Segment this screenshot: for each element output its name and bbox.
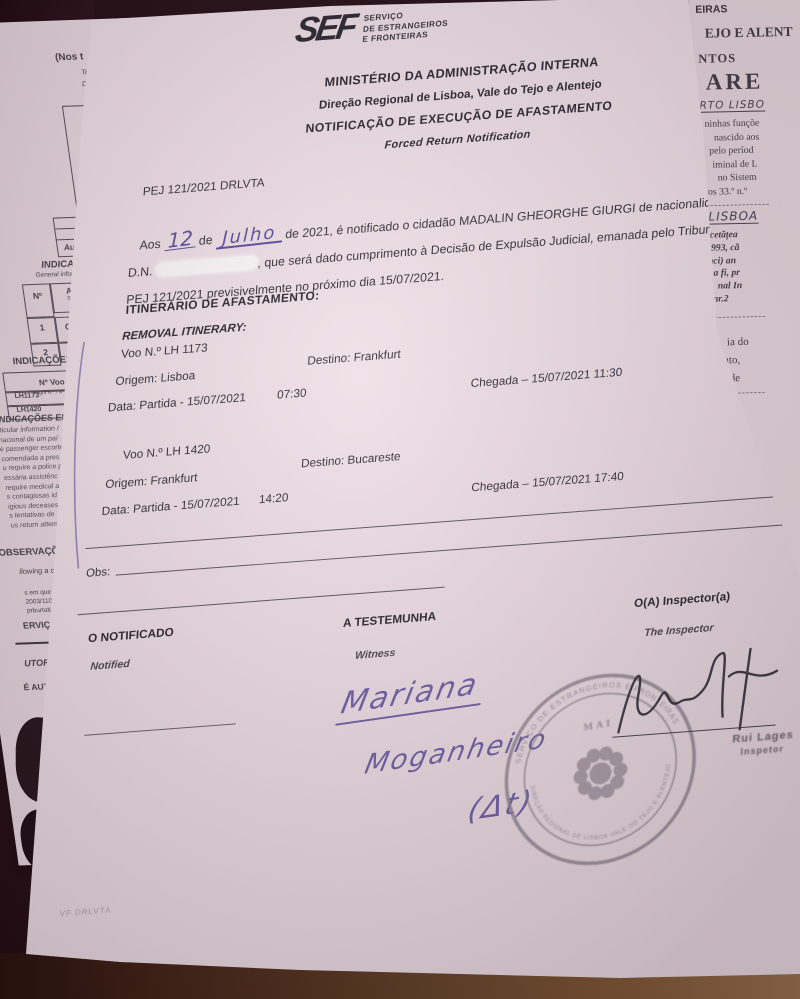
serif-line: ia do bbox=[727, 333, 749, 351]
witness-signature-line1: Mariana bbox=[335, 666, 488, 726]
flight-origin: Origem: Frankfurt bbox=[105, 470, 198, 491]
italic-line: nal In bbox=[718, 280, 743, 293]
handwritten-day: 12 bbox=[164, 228, 196, 251]
main-document: SEF SERVIÇO DE ESTRANGEIROS E FRONTEIRAS… bbox=[0, 0, 800, 999]
pen-stroke-mark bbox=[62, 338, 102, 571]
flight-departure: Data: Partida - 15/07/2021 bbox=[101, 494, 240, 518]
right-doc-fragment: ARE bbox=[706, 69, 764, 96]
flight-block-1: Voo N.º LH 1173 Origem: Lisboa Destino: … bbox=[114, 296, 796, 414]
right-doc-handwriting: LISBOA bbox=[708, 209, 758, 225]
obs-row: Obs: bbox=[86, 515, 797, 580]
main-document-content: SEF SERVIÇO DE ESTRANGEIROS E FRONTEIRAS… bbox=[29, 0, 800, 999]
obs-fill-line bbox=[116, 523, 796, 575]
case-reference: PEJ 121/2021 DRLVTA bbox=[142, 175, 265, 198]
paragraph-mid: de bbox=[198, 233, 212, 248]
notified-label-pt: O NOTIFICADO bbox=[88, 625, 174, 645]
footer-reference: VF DRLVTA bbox=[59, 905, 111, 918]
serif-line: iminal de L bbox=[712, 157, 760, 171]
flight-table-header-pt: Nº Voo bbox=[38, 377, 65, 387]
flight-departure-time: 14:20 bbox=[259, 490, 289, 506]
notified-signature-line bbox=[84, 723, 236, 735]
stamp-emblem-icon bbox=[572, 743, 628, 804]
italic-line: a fi, pr bbox=[713, 267, 742, 280]
flight-destination: Destino: Frankfurt bbox=[307, 347, 401, 368]
document-header: MINISTÉRIO DA ADMINISTRAÇÃO INTERNA Dire… bbox=[196, 46, 723, 166]
notified-label-en: Notified bbox=[90, 658, 130, 673]
left-doc-section-title: OBSERVAÇÕ bbox=[0, 546, 60, 559]
serif-line: pelo períod bbox=[709, 144, 760, 159]
sef-logo: SEF SERVIÇO DE ESTRANGEIROS E FRONTEIRAS bbox=[294, 5, 449, 51]
paragraph-lead: Aos bbox=[139, 237, 161, 253]
notification-paragraph: Aos 12 de Julho de 2021, é notificado o … bbox=[126, 183, 800, 314]
serif-line: os 33.º n.º bbox=[708, 184, 761, 199]
table-cell-num: 1 bbox=[27, 317, 59, 344]
sef-logo-icon: SEF bbox=[292, 12, 357, 51]
witness-label-en: Witness bbox=[355, 647, 396, 662]
horizontal-rule bbox=[78, 587, 445, 616]
sef-logo-org-name: SERVIÇO DE ESTRANGEIROS E FRONTEIRAS bbox=[362, 5, 449, 46]
inspector-label-en: The Inspector bbox=[644, 622, 714, 639]
redaction-box bbox=[156, 255, 259, 277]
serif-line: nascido aos bbox=[714, 130, 760, 144]
flight-origin: Origem: Lisboa bbox=[115, 368, 196, 388]
serif-line: ninhas funçõe bbox=[704, 117, 759, 132]
right-doc-serif-lines: ninhas funçõenascido aospelo períodimina… bbox=[704, 117, 760, 199]
serif-line: no Sistem bbox=[718, 171, 761, 185]
flight-block-2: Voo N.º LH 1420 Origem: Frankfurt Destin… bbox=[103, 397, 795, 518]
flight-destination: Destino: Bucareste bbox=[301, 449, 401, 470]
handwritten-month: Julho bbox=[216, 225, 282, 250]
right-doc-fragment: EIRAS bbox=[695, 3, 727, 16]
right-doc-fragment: EJO E ALENT bbox=[705, 24, 793, 42]
flight-departure-time: 07:30 bbox=[277, 386, 307, 402]
flight-arrival: Chegada – 15/07/2021 17:40 bbox=[471, 469, 624, 494]
italic-line: 993, cã bbox=[711, 242, 742, 255]
right-doc-fragment: NTOS bbox=[698, 51, 736, 67]
inspector-label-pt: O(A) Inspector(a) bbox=[634, 589, 731, 610]
left-doc-fragment: (Nos t bbox=[54, 51, 84, 63]
flight-departure: Data: Partida - 15/07/2021 bbox=[108, 390, 247, 414]
photo-scene: F (Nos t Transit requ Demande SERVIÇ Aut… bbox=[0, 0, 800, 999]
obs-label: Obs: bbox=[86, 566, 111, 580]
right-doc-handwriting: ORTO LISBO bbox=[690, 99, 765, 113]
witness-label-pt: A TESTEMUNHA bbox=[343, 609, 437, 630]
flight-arrival: Chegada – 15/07/2021 11:30 bbox=[470, 365, 622, 390]
